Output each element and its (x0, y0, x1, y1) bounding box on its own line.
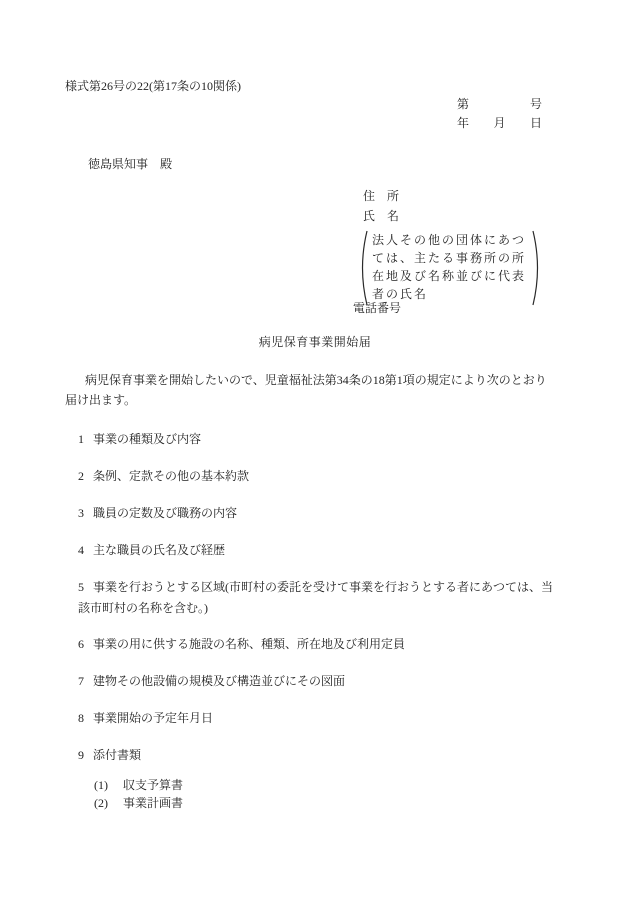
list-item-1: 1事業の種類及び内容 (78, 429, 570, 450)
item-number: 1 (78, 429, 93, 450)
item-text: 主な職員の氏名及び経歴 (93, 543, 225, 557)
list-item-8: 8事業開始の予定年月日 (78, 708, 570, 729)
document-number-prefix: 第 (457, 97, 469, 111)
date-year-label: 年 (457, 116, 469, 130)
list-item-7: 7建物その他設備の規模及び構造並びにその図面 (78, 671, 570, 692)
item-text: 条例、定款その他の基本約款 (93, 469, 249, 483)
item-number: 5 (78, 577, 93, 598)
item-number: 6 (78, 634, 93, 655)
list-item-2: 2条例、定款その他の基本約款 (78, 466, 570, 487)
addressee: 徳島県知事 殿 (88, 157, 172, 171)
subitem-number: (2) (94, 796, 123, 810)
form-number-label: 様式第26号の22(第17条の10関係) (65, 79, 241, 93)
list-item-6: 6事業の用に供する施設の名称、種類、所在地及び利用定員 (78, 634, 570, 655)
list-item-3: 3職員の定数及び職務の内容 (78, 503, 570, 524)
page-title: 病児保育事業開始届 (0, 335, 630, 349)
item-number: 9 (78, 745, 93, 766)
date-month-label: 月 (493, 116, 505, 130)
phone-label: 電話番号 (353, 301, 401, 315)
right-parenthesis-glyph (531, 230, 543, 306)
left-parenthesis-glyph (357, 230, 369, 306)
date-line: 年 月 日 (457, 116, 542, 130)
item-text: 事業を行おうとする区域(市町村の委託を受けて事業を行おうとする者にあつては、当該… (78, 580, 553, 615)
list-item-4: 4主な職員の氏名及び経歴 (78, 540, 570, 561)
attachment-item-2: (2)事業計画書 (88, 782, 488, 810)
corporate-note: 法人その他の団体にあつては、主たる事務所の所在地及び名称並びに代表者の氏名 (372, 231, 530, 303)
document-number-line: 第 号 (457, 97, 542, 111)
item-number: 2 (78, 466, 93, 487)
list-item-9: 9添付書類 (78, 745, 570, 766)
date-day-label: 日 (530, 116, 542, 130)
document-number-suffix: 号 (530, 97, 542, 111)
address-label: 住 所 (363, 189, 399, 203)
item-text: 添付書類 (93, 748, 141, 762)
item-number: 4 (78, 540, 93, 561)
item-number: 8 (78, 708, 93, 729)
item-text: 事業の用に供する施設の名称、種類、所在地及び利用定員 (93, 637, 405, 651)
item-text: 事業開始の予定年月日 (93, 711, 213, 725)
body-paragraph: 病児保育事業を開始したいので、児童福祉法第34条の18第1項の規定により次のとお… (65, 370, 555, 410)
item-text: 建物その他設備の規模及び構造並びにその図面 (93, 674, 345, 688)
name-label: 氏 名 (363, 209, 399, 223)
item-text: 職員の定数及び職務の内容 (93, 506, 237, 520)
list-item-5: 5事業を行おうとする区域(市町村の委託を受けて事業を行おうとする者にあつては、当… (78, 577, 556, 619)
form-page: { "header": { "form_number": "様式第26号の22(… (0, 0, 630, 903)
subitem-text: 事業計画書 (123, 796, 183, 810)
item-text: 事業の種類及び内容 (93, 432, 201, 446)
item-number: 3 (78, 503, 93, 524)
item-number: 7 (78, 671, 93, 692)
